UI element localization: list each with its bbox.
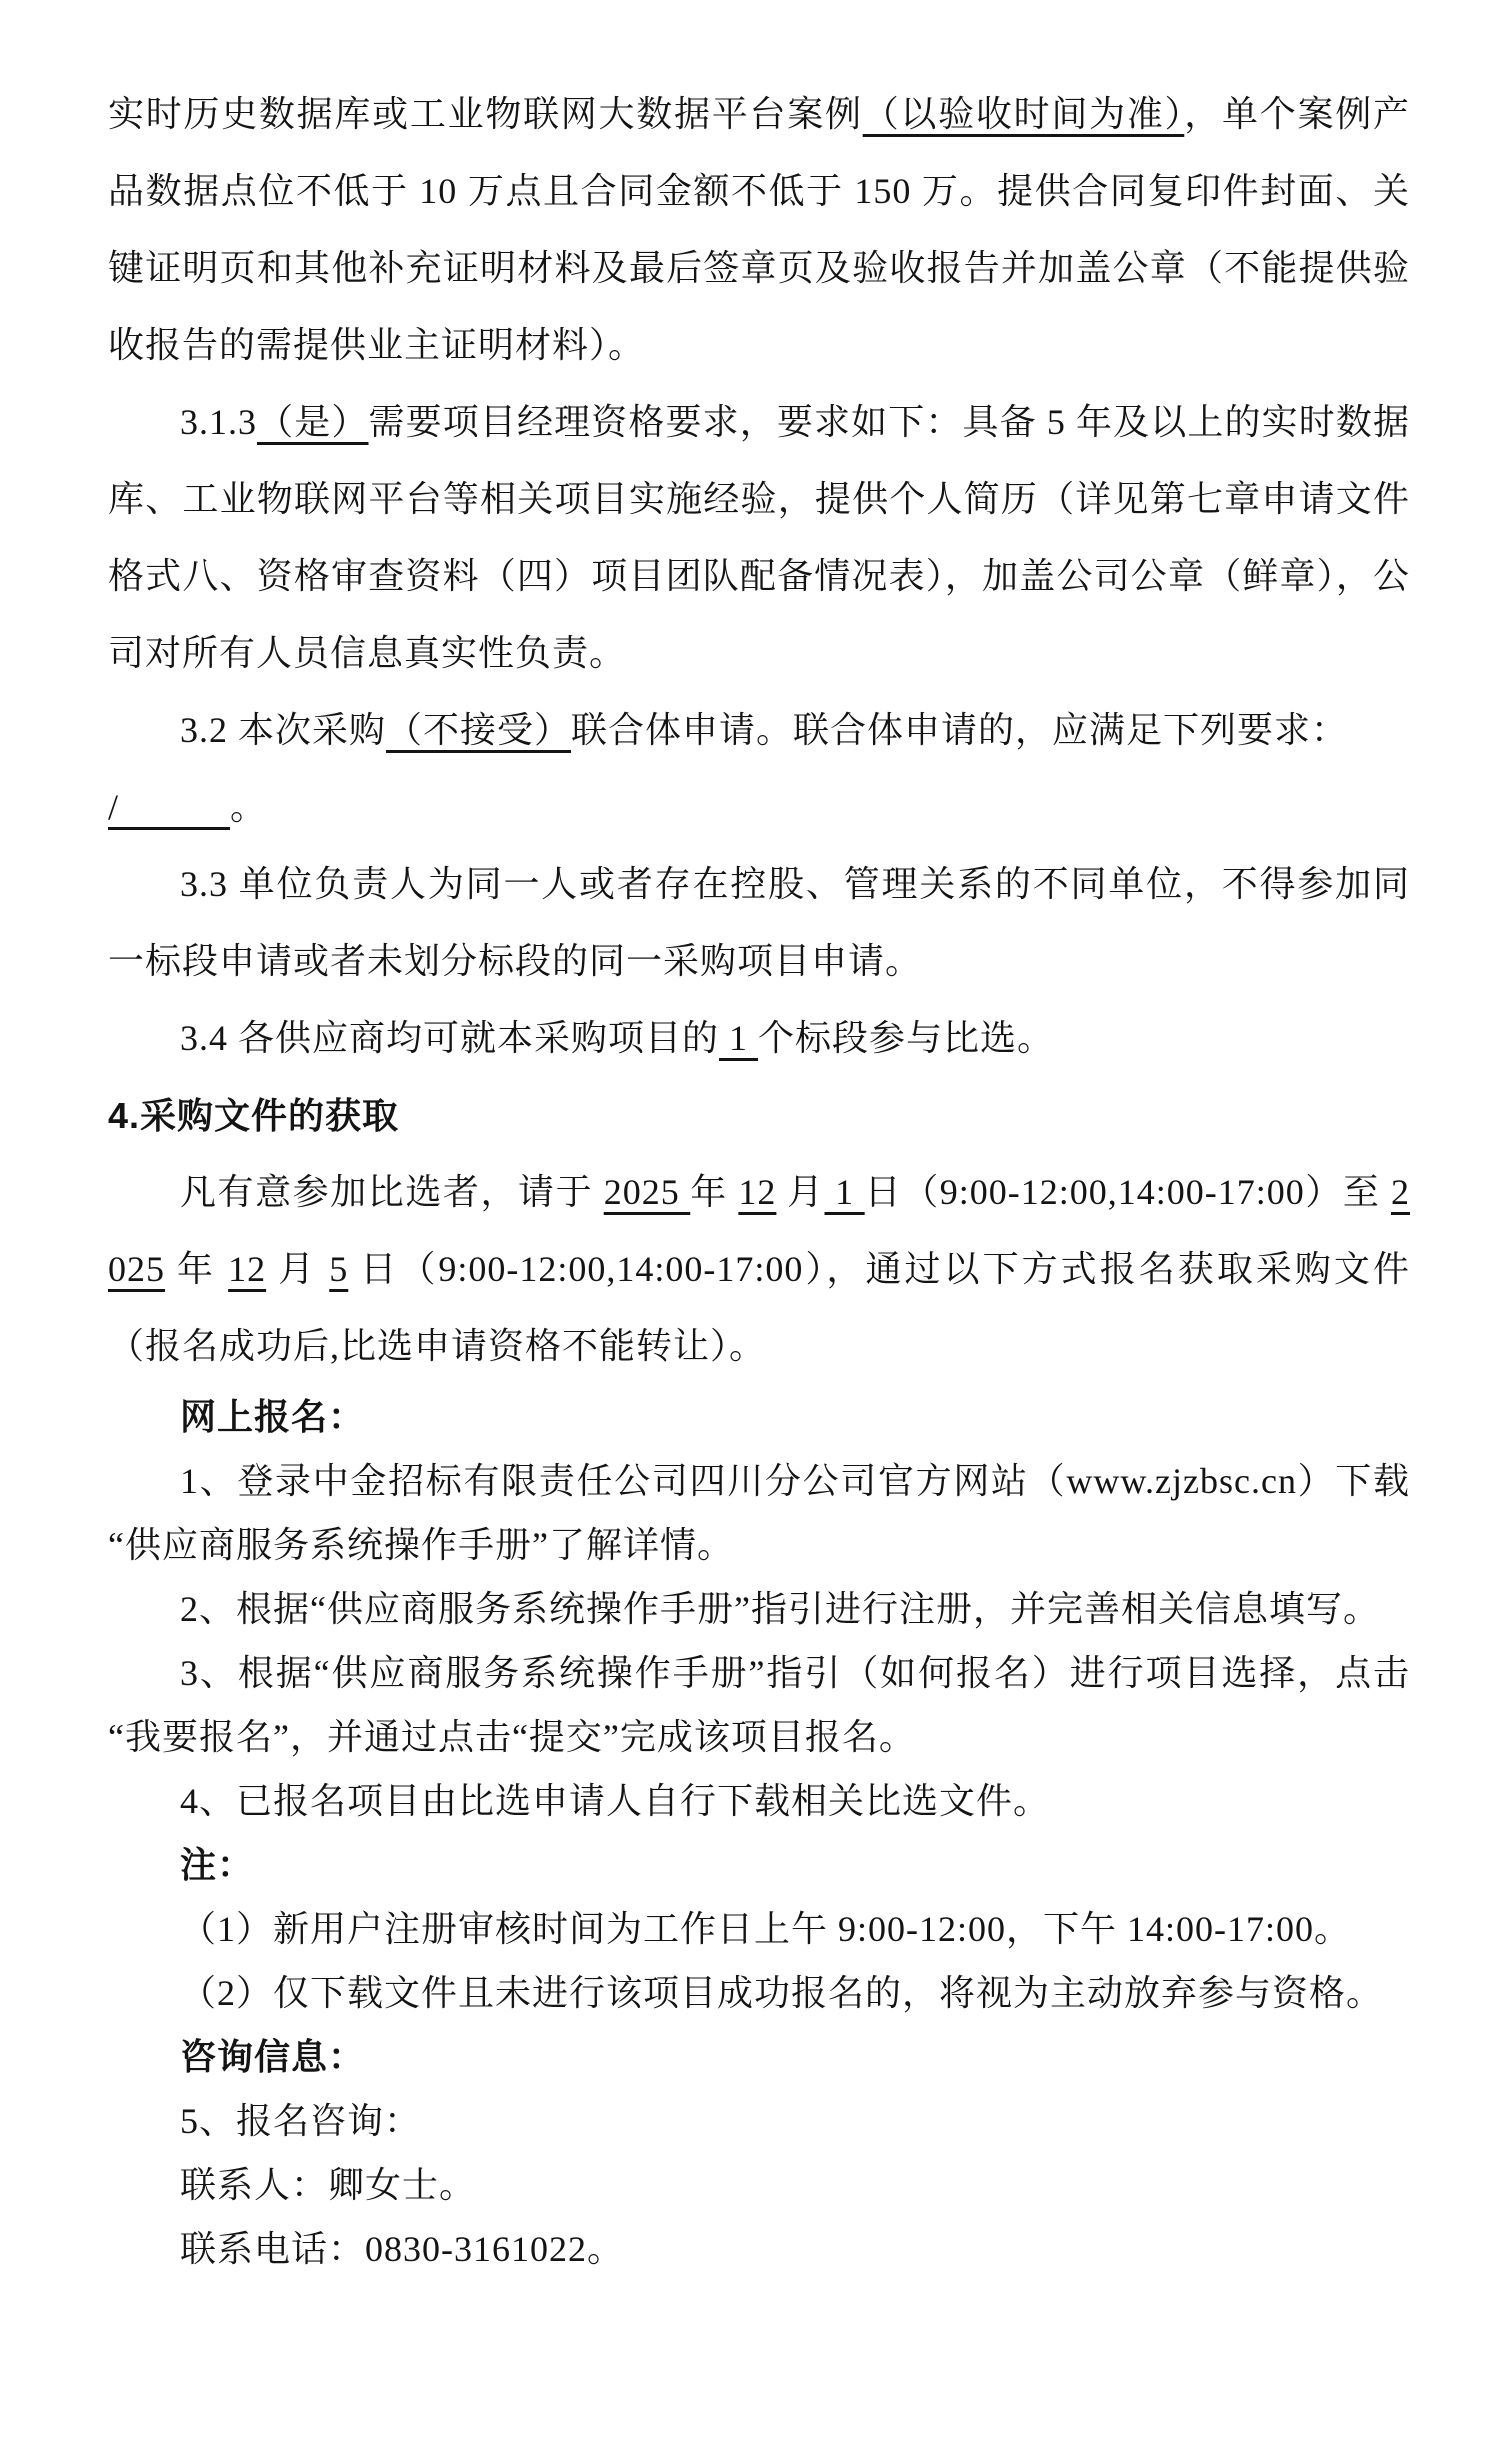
document-body: 实时历史数据库或工业物联网大数据平台案例（以验收时间为准），单个案例产品数据点位…	[108, 76, 1410, 2281]
paragraph: （2）仅下载文件且未进行该项目成功报名的，将视为主动放弃参与资格。	[108, 1961, 1410, 2025]
text-segment: 4、已报名项目由比选申请人自行下载相关比选文件。	[180, 1781, 1050, 1821]
heading-paragraph: 咨询信息：	[108, 2025, 1410, 2089]
text-segment: 咨询信息：	[180, 2036, 365, 2077]
text-segment: 年	[165, 1249, 228, 1289]
text-segment: 网上报名：	[180, 1396, 365, 1437]
paragraph: 1、登录中金招标有限责任公司四川分公司官方网站（www.zjzbsc.cn）下载…	[108, 1449, 1410, 1577]
underlined-text: /	[108, 787, 230, 827]
text-segment: 3、根据“供应商服务系统操作手册”指引（如何报名）进行项目选择，点击“我要报名”…	[108, 1653, 1410, 1757]
paragraph: 3.4 各供应商均可就本采购项目的 1 个标段参与比选。	[108, 1000, 1410, 1077]
paragraph: 联系电话：0830-3161022。	[108, 2217, 1410, 2281]
paragraph: 凡有意参加比选者，请于 2025 年 12 月 1 日（9:00-12:00,1…	[108, 1154, 1410, 1385]
text-segment: ，单个案例产品数据点位不低于 10 万点且合同金额不低于 150 万。提供合同复…	[108, 94, 1410, 365]
text-segment: （1）新用户注册审核时间为工作日上午 9:00-12:00，下午 14:00-1…	[180, 1909, 1351, 1949]
paragraph: 4、已报名项目由比选申请人自行下载相关比选文件。	[108, 1769, 1410, 1833]
text-segment: 联系电话：0830-3161022。	[180, 2229, 624, 2269]
text-segment: 。	[230, 787, 267, 827]
heading-paragraph: 4.采购文件的获取	[108, 1077, 1410, 1154]
paragraph: 3、根据“供应商服务系统操作手册”指引（如何报名）进行项目选择，点击“我要报名”…	[108, 1641, 1410, 1769]
paragraph: 实时历史数据库或工业物联网大数据平台案例（以验收时间为准），单个案例产品数据点位…	[108, 76, 1410, 384]
underlined-text: （以验收时间为准）	[863, 94, 1185, 134]
document-page: 实时历史数据库或工业物联网大数据平台案例（以验收时间为准），单个案例产品数据点位…	[0, 0, 1500, 2439]
text-segment: 需要项目经理资格要求，要求如下：具备 5 年及以上的实时数据库、工业物联网平台等…	[108, 402, 1410, 673]
paragraph: 3.3 单位负责人为同一人或者存在控股、管理关系的不同单位，不得参加同一标段申请…	[108, 846, 1410, 1000]
text-segment: 2、根据“供应商服务系统操作手册”指引进行注册，并完善相关信息填写。	[180, 1589, 1380, 1629]
text-segment: 联系人：卿女士。	[180, 2165, 476, 2205]
text-segment: 凡有意参加比选者，请于	[180, 1172, 604, 1212]
underlined-text: 12	[228, 1249, 266, 1289]
heading-paragraph: 注：	[108, 1833, 1410, 1897]
text-segment: 月	[776, 1172, 824, 1212]
text-segment: （2）仅下载文件且未进行该项目成功报名的，将视为主动放弃参与资格。	[180, 1973, 1383, 2013]
underlined-text: 12	[738, 1172, 776, 1212]
text-segment: 日（9:00-12:00,14:00-17:00）至	[865, 1172, 1391, 1212]
text-segment: 4.采购文件的获取	[108, 1095, 399, 1136]
text-segment: 3.3 单位负责人为同一人或者存在控股、管理关系的不同单位，不得参加同一标段申请…	[108, 864, 1410, 981]
underlined-text: （是）	[257, 402, 369, 442]
text-segment: 1、登录中金招标有限责任公司四川分公司官方网站（www.zjzbsc.cn）下载…	[108, 1461, 1410, 1565]
underlined-text: 2025	[604, 1172, 691, 1212]
paragraph: 5、报名咨询：	[108, 2089, 1410, 2153]
text-segment: 3.2 本次采购	[180, 710, 386, 750]
underlined-text: 1	[719, 1018, 758, 1058]
text-segment: 个标段参与比选。	[758, 1018, 1054, 1058]
heading-paragraph: 网上报名：	[108, 1385, 1410, 1449]
paragraph: 3.2 本次采购（不接受）联合体申请。联合体申请的，应满足下列要求：	[108, 692, 1410, 769]
text-segment: 3.1.3	[180, 402, 257, 442]
text-segment: 实时历史数据库或工业物联网大数据平台案例	[108, 94, 863, 134]
paragraph: 3.1.3（是）需要项目经理资格要求，要求如下：具备 5 年及以上的实时数据库、…	[108, 384, 1410, 692]
paragraph: / 。	[108, 769, 1410, 846]
text-segment: 月	[266, 1249, 329, 1289]
paragraph: 2、根据“供应商服务系统操作手册”指引进行注册，并完善相关信息填写。	[108, 1577, 1410, 1641]
text-segment: 3.4 各供应商均可就本采购项目的	[180, 1018, 719, 1058]
underlined-text: （不接受）	[386, 710, 571, 750]
underlined-text: 5	[329, 1249, 348, 1289]
text-segment: 年	[690, 1172, 738, 1212]
paragraph: 联系人：卿女士。	[108, 2153, 1410, 2217]
text-segment: 5、报名咨询：	[180, 2101, 421, 2141]
text-segment: 注：	[180, 1844, 254, 1885]
paragraph: （1）新用户注册审核时间为工作日上午 9:00-12:00，下午 14:00-1…	[108, 1897, 1410, 1961]
underlined-text: 1	[825, 1172, 865, 1212]
text-segment: 联合体申请。联合体申请的，应满足下列要求：	[571, 710, 1348, 750]
